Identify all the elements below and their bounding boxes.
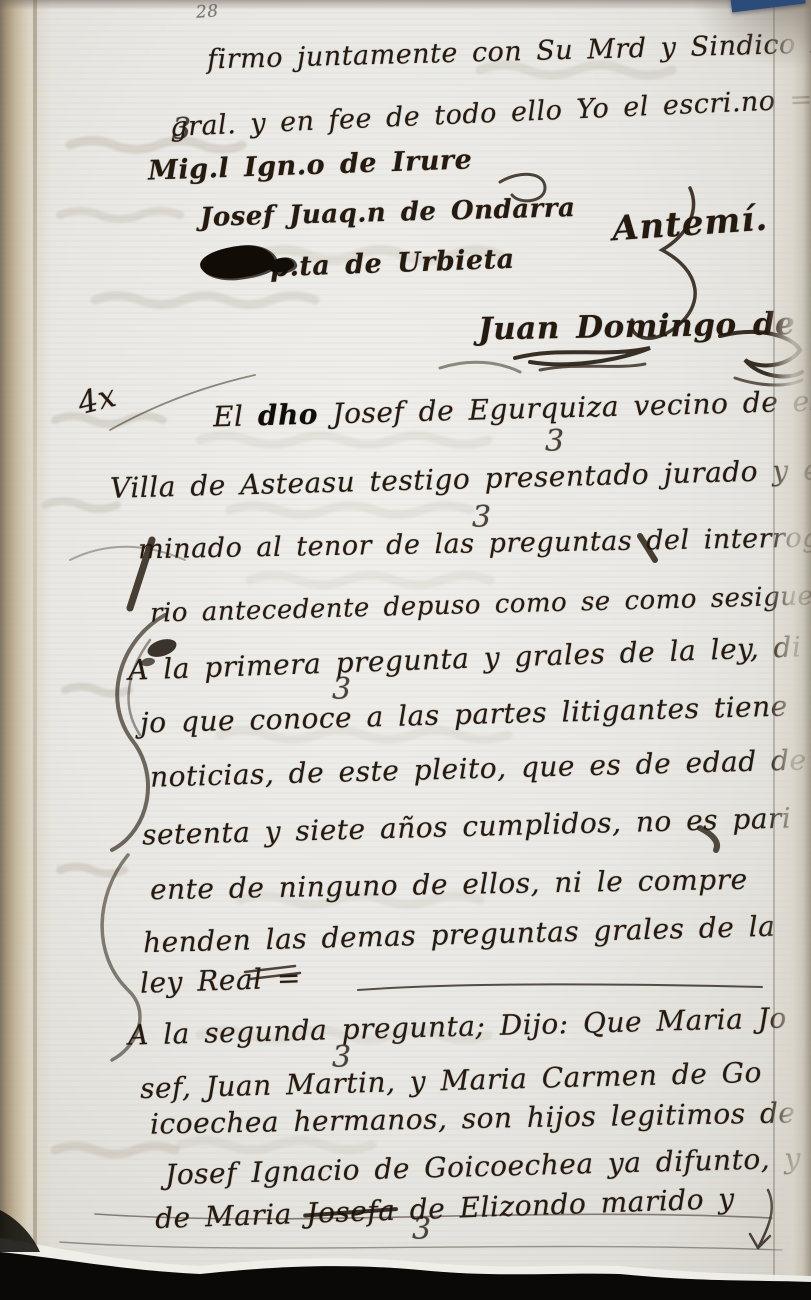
body-line-1-dho: dho	[257, 398, 318, 433]
crossed-out-word: Josefa	[306, 1194, 396, 1230]
signature-juan-domingo: Juan Domingo de Ysla	[478, 304, 811, 347]
body-line-16-before: de Maria	[155, 1197, 307, 1235]
flourish-3-b: 3	[545, 424, 564, 459]
binding-crease	[33, 0, 37, 1300]
corner-smudge	[691, 0, 811, 70]
flourish-3-c: 3	[472, 500, 491, 535]
flourish-3-a: 3	[172, 112, 191, 147]
flourish-3-d: 3	[332, 672, 351, 707]
top-page-edge	[0, 0, 811, 10]
manuscript-page: 28 firmo juntamente con Su Mrd y Sindico…	[0, 0, 811, 1300]
left-binding-edge	[0, 0, 52, 1300]
body-line-11: ley Real =	[139, 961, 301, 1000]
flourish-3-f: 3	[412, 1212, 431, 1247]
flourish-3-e: 3	[332, 1040, 351, 1075]
right-fold-crease	[773, 0, 775, 1300]
body-line-1-pre: El	[213, 399, 259, 433]
